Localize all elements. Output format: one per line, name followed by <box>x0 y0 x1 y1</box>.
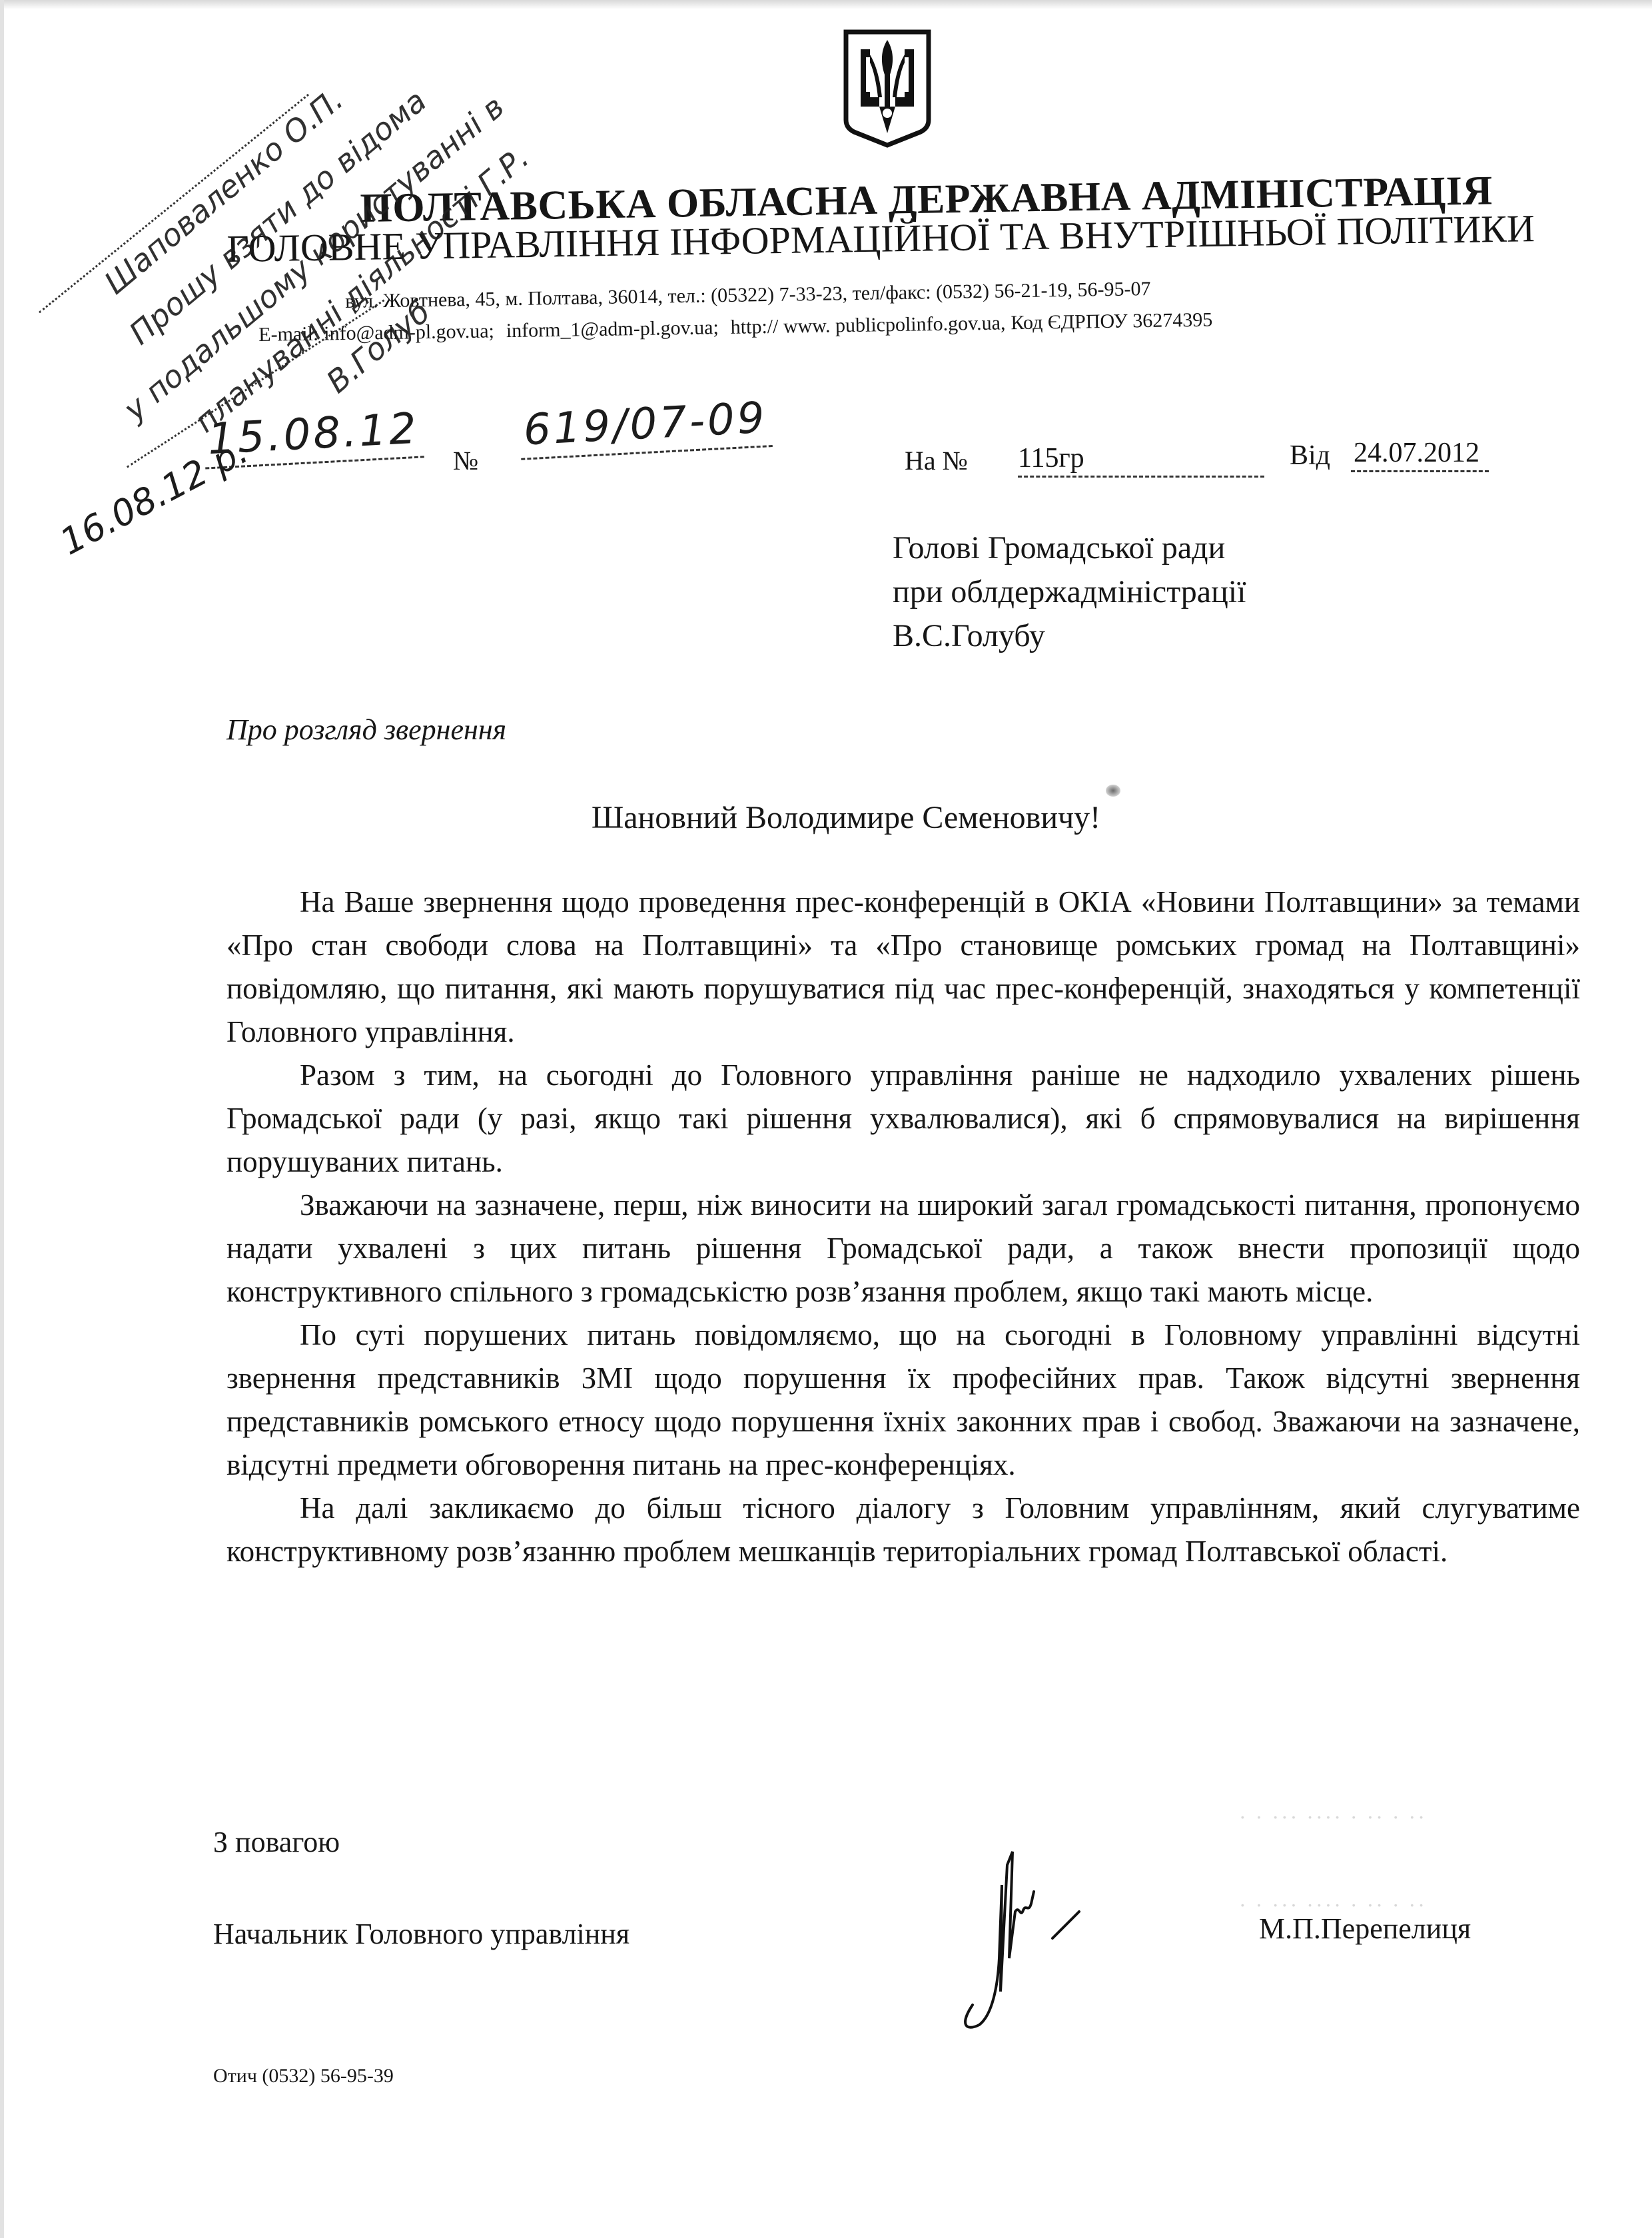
addressee-line-1: Голові Громадської ради <box>893 526 1246 570</box>
body-paragraph: На далі закликаємо до більш тісного діал… <box>226 1487 1580 1573</box>
trident-coat-of-arms-icon <box>841 28 934 148</box>
incoming-number: 115гр <box>1018 442 1264 478</box>
number-label: № <box>453 445 478 476</box>
addressee-line-2: при облдержадміністрації <box>893 570 1246 614</box>
email-link-2[interactable]: inform_1@adm-pl.gov.ua; <box>506 316 719 342</box>
letter-greeting: Шановний Володимире Семеновичу! <box>0 799 1652 836</box>
scan-left-edge <box>0 0 4 2238</box>
incoming-number-label: На № <box>905 445 968 476</box>
scan-top-edge <box>0 0 1652 9</box>
body-paragraph: Зважаючи на зазначене, перш, ніж виносит… <box>226 1184 1580 1313</box>
signer-name: М.П.Перепелиця <box>1259 1912 1471 1946</box>
body-paragraph: По суті порушених питань повідомляємо, щ… <box>226 1313 1580 1487</box>
body-paragraph: Разом з тим, на сьогодні до Головного уп… <box>226 1054 1580 1184</box>
handwritten-signature-icon <box>946 1825 1146 2038</box>
addressee-block: Голові Громадської ради при облдержадмін… <box>893 526 1246 658</box>
stamp-ghost-1: · · ··· ···· · ·· · ·· <box>1239 1805 1427 1830</box>
executor-contact: Отич (0532) 56-95-39 <box>213 2065 394 2087</box>
edrpou-code: Код ЄДРПОУ 36274395 <box>1011 309 1212 334</box>
website-link[interactable]: http:// www. publicpolinfo.gov.ua, <box>731 312 1006 338</box>
incoming-date: 24.07.2012 <box>1351 437 1489 472</box>
signer-position: Начальник Головного управління <box>213 1917 629 1951</box>
outgoing-number: 619/07-09 <box>518 393 772 460</box>
body-paragraph: На Ваше звернення щодо проведення прес-к… <box>226 881 1580 1054</box>
closing-regards: З повагою <box>213 1825 340 1859</box>
ink-smudge <box>1106 785 1120 797</box>
incoming-date-label: Від <box>1290 440 1330 472</box>
addressee-line-3: В.С.Голубу <box>893 614 1246 658</box>
letter-body: На Ваше звернення щодо проведення прес-к… <box>226 881 1580 1573</box>
outgoing-number-value: 619/07-09 <box>518 393 772 460</box>
letter-subject: Про розгляд звернення <box>226 713 506 747</box>
